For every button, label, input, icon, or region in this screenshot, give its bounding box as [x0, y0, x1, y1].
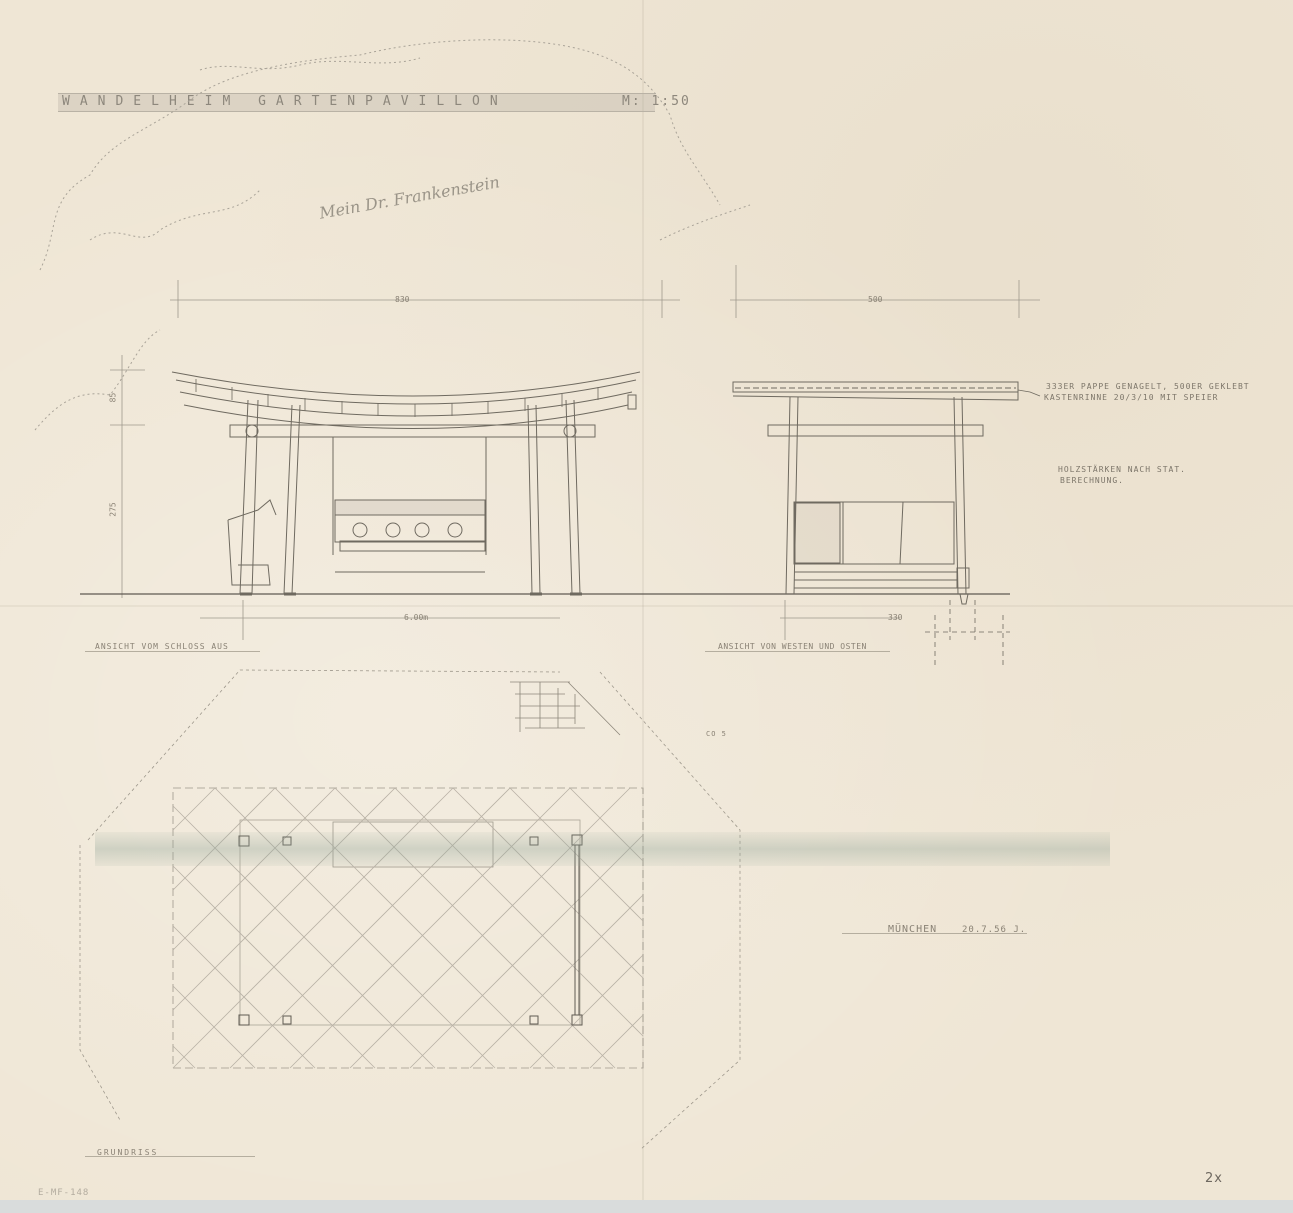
drawing-sheet: WANDELHEIM GARTENPAVILLON M: 1:50 Mein D… — [0, 0, 1293, 1200]
drawing-linework — [0, 0, 1293, 1200]
archive-stamp: E-MF-148 — [38, 1188, 89, 1198]
timber-note-2: BERECHNUNG. — [1060, 476, 1124, 485]
tape-strip — [95, 832, 1110, 866]
sheet-number: 2x — [1205, 1171, 1223, 1186]
paving-pattern — [173, 788, 643, 1068]
dim-post-height: 275 — [109, 502, 118, 516]
roof-note-2: KASTENRINNE 20/3/10 MIT SPEIER — [1044, 393, 1219, 402]
dimension-lines — [110, 265, 1040, 640]
side-label-underline — [705, 651, 890, 652]
dim-side-width: 500 — [868, 295, 882, 304]
footer-date: 20.7.56 J. — [962, 925, 1026, 935]
dim-roof-height: 85 — [108, 393, 117, 403]
footer-place: MÜNCHEN — [888, 924, 937, 935]
side-view-label: ANSICHT VON WESTEN UND OSTEN — [718, 642, 867, 651]
front-elevation — [172, 372, 640, 594]
tree-foliage-outline — [35, 40, 750, 430]
front-view-label: ANSICHT VOM SCHLOSS AUS — [95, 642, 229, 651]
dim-front-width: 830 — [395, 295, 409, 304]
dim-side-bottom: 330 — [888, 613, 902, 622]
roof-note-1: 333ER PAPPE GENAGELT, 500ER GEKLEBT — [1046, 382, 1250, 391]
floor-plan — [80, 670, 740, 1150]
plan-view-label: GRUNDRISS — [97, 1148, 158, 1157]
timber-note-1: HOLZSTÄRKEN NACH STAT. — [1058, 465, 1186, 474]
front-label-underline — [85, 651, 260, 652]
plan-small-mark: CO 5 — [706, 730, 727, 738]
masonry-detail — [510, 682, 620, 735]
dim-front-bottom: 6.00m — [404, 613, 428, 622]
side-elevation — [733, 382, 1040, 665]
